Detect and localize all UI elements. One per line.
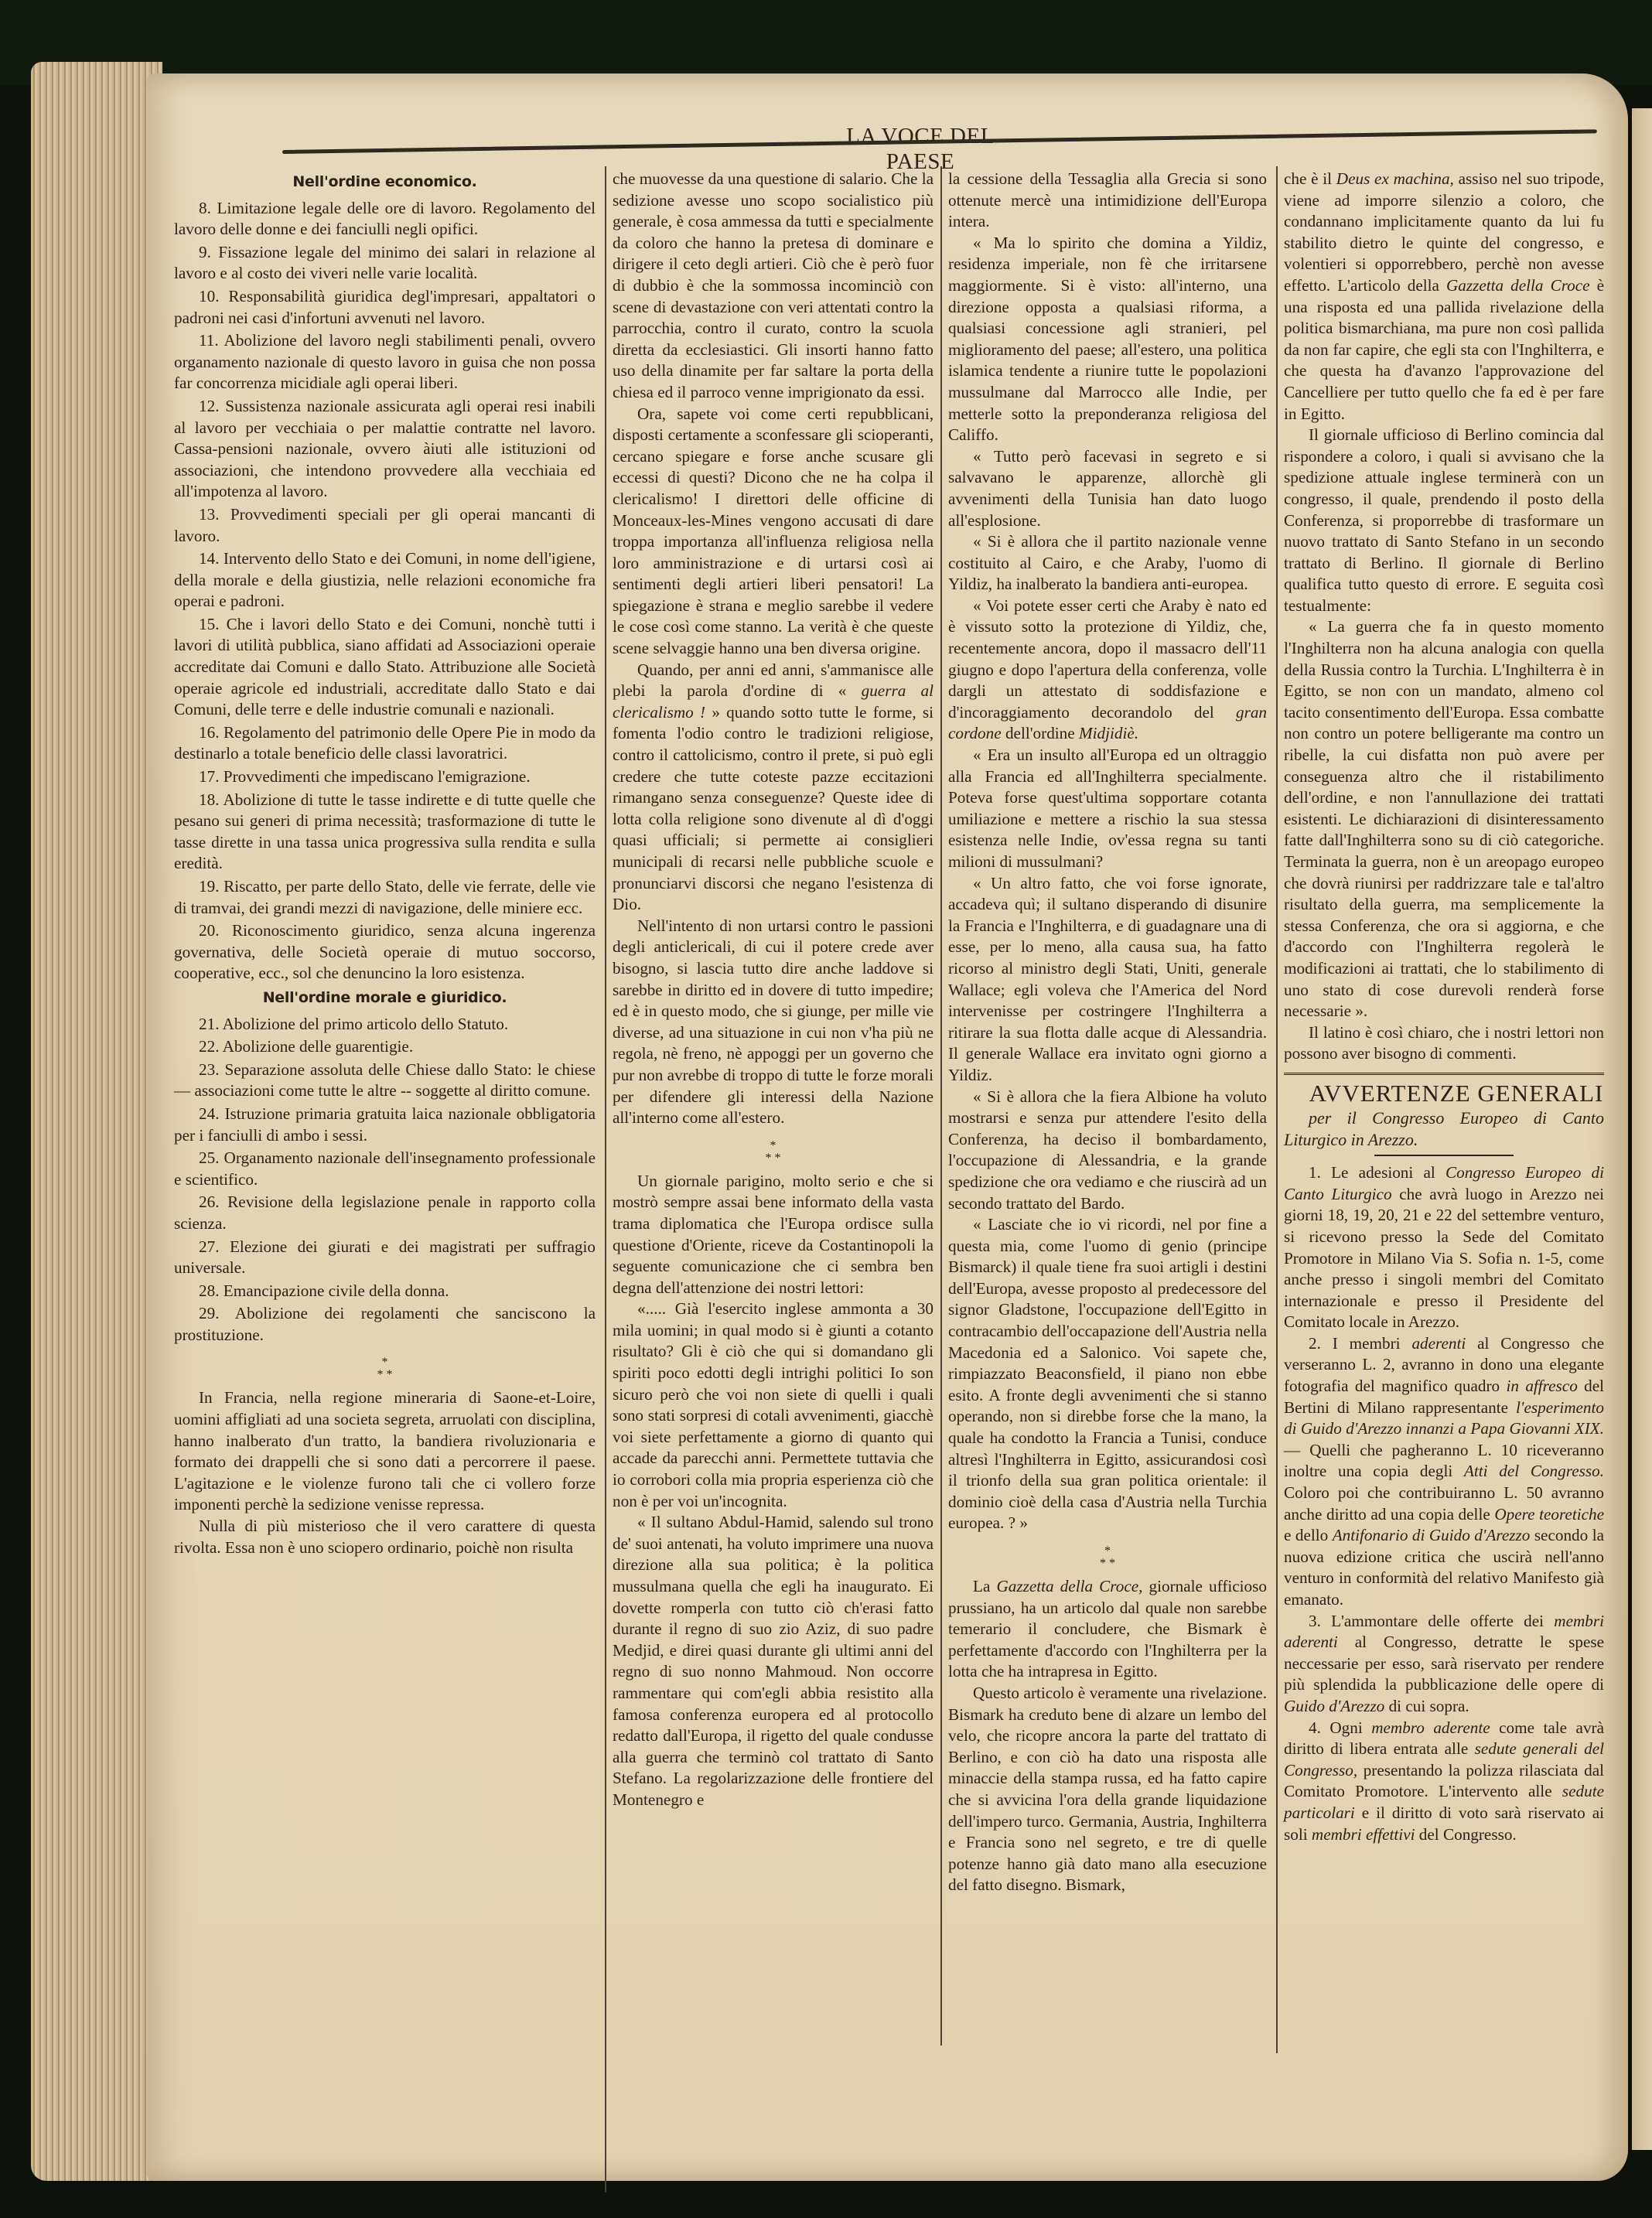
program-item: 9. Fissazione legale del minimo dei sala… — [174, 242, 596, 285]
scan-backdrop — [0, 0, 1652, 85]
column-divider — [605, 166, 606, 2192]
asterism-icon: ** * — [613, 1140, 934, 1165]
quoted-paragraph: « Tutto però facevasi in segreto e si sa… — [948, 446, 1267, 531]
masthead-title: LA VOCE DEL PAESE — [835, 124, 1005, 175]
quoted-paragraph: « Ma lo spirito che domina a Yildiz, res… — [948, 233, 1267, 446]
quoted-paragraph: « Il sultano Abdul-Hamid, salendo sul tr… — [613, 1512, 934, 1810]
column-divider — [940, 166, 942, 2046]
article-paragraph: Il giornale ufficioso di Berlino cominci… — [1284, 425, 1604, 616]
program-item: 8. Limitazione legale delle ore di lavor… — [174, 198, 596, 241]
quoted-paragraph: « La guerra che fa in questo momento l'I… — [1284, 616, 1604, 1022]
program-item: 17. Provvedimenti che impediscano l'emig… — [174, 766, 596, 788]
program-item: 29. Abolizione dei regolamenti che sanci… — [174, 1303, 596, 1346]
article-paragraph: Ora, sapete voi come certi repubblicani,… — [613, 404, 934, 660]
notice-subtitle: per il Congresso Europeo di Canto Liturg… — [1284, 1107, 1604, 1150]
quoted-paragraph: « Un altro fatto, che voi forse ignorate… — [948, 873, 1267, 1087]
article-paragraph: che è il Deus ex machina, assiso nel suo… — [1284, 169, 1604, 425]
notice-item: 3. L'ammontare delle offerte dei membri … — [1284, 1611, 1604, 1718]
notice-item: 2. I membri aderenti al Congresso che ve… — [1284, 1333, 1604, 1611]
article-paragraph: che muovesse da una questione di salario… — [613, 169, 934, 404]
program-item: 12. Sussistenza nazionale assicurata agl… — [174, 396, 596, 503]
article-paragraph: Nulla di più misterioso che il vero cara… — [174, 1516, 596, 1558]
quoted-paragraph: « Si è allora che il partito nazionale v… — [948, 531, 1267, 595]
program-item: 11. Abolizione del lavoro negli stabilim… — [174, 330, 596, 394]
notice-title: AVVERTENZE GENERALI — [1284, 1080, 1604, 1107]
program-item: 15. Che i lavori dello Stato e dei Comun… — [174, 614, 596, 721]
column-divider — [1276, 166, 1278, 2053]
program-item: 22. Abolizione delle guarentigie. — [174, 1036, 596, 1058]
program-item: 24. Istruzione primaria gratuita laica n… — [174, 1104, 596, 1146]
program-item: 18. Abolizione di tutte le tasse indiret… — [174, 790, 596, 875]
quoted-paragraph: « Era un insulto all'Europa ed un oltrag… — [948, 745, 1267, 873]
column-3: la cessione della Tessaglia alla Grecia … — [948, 169, 1267, 1896]
notice-box: AVVERTENZE GENERALI per il Congresso Eur… — [1284, 1080, 1604, 1845]
section-heading: Nell'ordine economico. — [174, 172, 596, 193]
next-page-edge — [1632, 108, 1652, 2150]
column-2: che muovesse da una questione di salario… — [613, 169, 934, 1811]
article-paragraph: La Gazzetta della Croce, giornale uffici… — [948, 1576, 1267, 1683]
article-paragraph: Quando, per anni ed anni, s'ammanisce al… — [613, 660, 934, 916]
column-4: che è il Deus ex machina, assiso nel suo… — [1284, 169, 1604, 1845]
program-item: 25. Organamento nazionale dell'insegname… — [174, 1148, 596, 1190]
article-paragraph: In Francia, nella regione mineraria di S… — [174, 1387, 596, 1516]
program-item: 27. Elezione dei giurati e dei magistrat… — [174, 1237, 596, 1279]
quoted-paragraph: la cessione della Tessaglia alla Grecia … — [948, 169, 1267, 233]
article-paragraph: Questo articolo è veramente una rivelazi… — [948, 1683, 1267, 1896]
section-divider — [1284, 1073, 1604, 1075]
article-paragraph: Nell'intento di non urtarsi contro le pa… — [613, 916, 934, 1129]
program-item: 14. Intervento dello Stato e dei Comuni,… — [174, 548, 596, 613]
program-item: 16. Regolamento del patrimonio delle Ope… — [174, 722, 596, 765]
asterism-icon: ** * — [948, 1545, 1267, 1570]
notice-item: 4. Ogni membro aderente come tale avrà d… — [1284, 1718, 1604, 1846]
notice-rule — [1374, 1155, 1514, 1156]
article-paragraph: Il latino è così chiaro, che i nostri le… — [1284, 1022, 1604, 1065]
notice-item: 1. Le adesioni al Congresso Europeo di C… — [1284, 1162, 1604, 1333]
quoted-paragraph: « Si è allora che la fiera Albione ha vo… — [948, 1087, 1267, 1215]
program-item: 23. Separazione assoluta delle Chiese da… — [174, 1060, 596, 1102]
column-1: Nell'ordine economico. 8. Limitazione le… — [174, 169, 596, 1558]
program-item: 20. Riconoscimento giuridico, senza alcu… — [174, 920, 596, 984]
book-page-stack — [31, 62, 162, 2181]
quoted-paragraph: « Voi potete esser certi che Araby è nat… — [948, 595, 1267, 745]
program-item: 10. Responsabilità giuridica degl'impres… — [174, 286, 596, 329]
program-item: 26. Revisione della legislazione penale … — [174, 1192, 596, 1234]
program-item: 19. Riscatto, per parte dello Stato, del… — [174, 876, 596, 919]
program-item: 13. Provvedimenti speciali per gli opera… — [174, 504, 596, 547]
program-item: 21. Abolizione del primo articolo dello … — [174, 1014, 596, 1036]
program-item: 28. Emancipazione civile della donna. — [174, 1281, 596, 1302]
asterism-icon: ** * — [174, 1356, 596, 1381]
article-paragraph: Un giornale parigino, molto serio e che … — [613, 1171, 934, 1299]
section-heading: Nell'ordine morale e giuridico. — [174, 988, 596, 1009]
quoted-paragraph: « Lasciate che io vi ricordi, nel por fi… — [948, 1214, 1267, 1534]
quoted-paragraph: «..... Già l'esercito inglese ammonta a … — [613, 1298, 934, 1512]
